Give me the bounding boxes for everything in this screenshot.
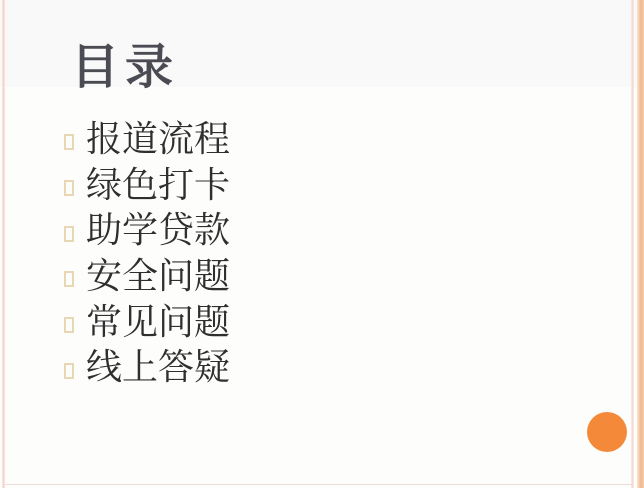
square-bullet-icon	[64, 226, 74, 242]
slide-canvas: 目录 报道流程 绿色打卡 助学贷款 安全问题 常见问题 线上答疑	[0, 0, 644, 488]
toc-item-label: 常见问题	[86, 304, 230, 340]
slide-title: 目录	[71, 44, 179, 92]
toc-item: 报道流程	[64, 116, 230, 162]
right-border-salmon-band	[637, 0, 644, 488]
square-bullet-icon	[64, 134, 74, 150]
square-bullet-icon	[64, 271, 74, 287]
toc-item: 绿色打卡	[64, 162, 230, 208]
toc-item: 线上答疑	[64, 344, 230, 390]
toc-item: 常见问题	[64, 299, 230, 345]
toc-item: 助学贷款	[64, 207, 230, 253]
toc-item-label: 报道流程	[86, 121, 230, 157]
left-border-line	[2, 0, 5, 488]
toc-item-label: 线上答疑	[86, 349, 230, 385]
toc-item-label: 安全问题	[86, 258, 230, 294]
toc-item-label: 绿色打卡	[86, 167, 230, 203]
bottom-border-line	[5, 484, 632, 486]
toc-item-label: 助学贷款	[86, 212, 230, 248]
square-bullet-icon	[64, 363, 74, 379]
right-border-pink-line	[631, 0, 634, 488]
orange-circle-decoration	[587, 412, 627, 452]
square-bullet-icon	[64, 180, 74, 196]
toc-list: 报道流程 绿色打卡 助学贷款 安全问题 常见问题 线上答疑	[64, 116, 230, 390]
square-bullet-icon	[64, 317, 74, 333]
toc-item: 安全问题	[64, 253, 230, 299]
